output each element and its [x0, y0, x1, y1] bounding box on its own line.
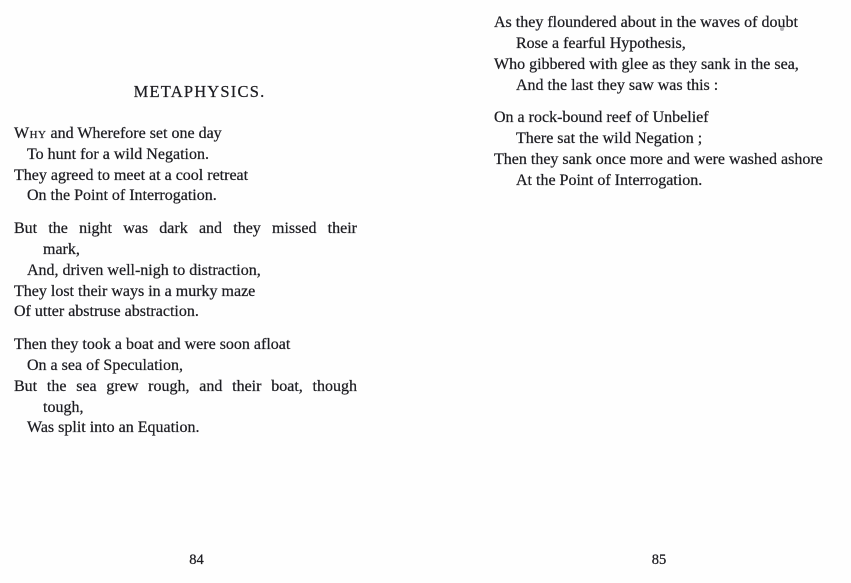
- page-number-left: 84: [25, 552, 368, 569]
- page-number-right: 85: [494, 552, 824, 569]
- small-caps-word: Why: [14, 125, 47, 142]
- poem-line: Rose a fearful Hypothesis,: [494, 33, 824, 54]
- poem-line: mark,: [14, 240, 357, 261]
- poem-line: There sat the wild Negation ;: [494, 128, 824, 149]
- poem-line: Who gibbered with glee as they sank in t…: [494, 54, 824, 75]
- poem-line: On a sea of Speculation,: [14, 356, 357, 377]
- stanza: On a rock-bound reef of UnbeliefThere sa…: [494, 107, 824, 191]
- poem-line: And, driven well-nigh to distraction,: [14, 261, 357, 282]
- poem-line: Then they sank once more and were washed…: [494, 149, 824, 170]
- poem-line: On the Point of Interrogation.: [14, 186, 357, 207]
- page-right: As they floundered about in the waves of…: [494, 0, 824, 583]
- page-left: METAPHYSICS. Why and Wherefore set one d…: [14, 0, 357, 583]
- stanza: Why and Wherefore set one dayTo hunt for…: [14, 124, 357, 207]
- poem-line: They lost their ways in a murky maze: [14, 282, 357, 303]
- poem-text-left: Why and Wherefore set one dayTo hunt for…: [14, 124, 357, 439]
- poem-line: At the Point of Interrogation.: [494, 170, 824, 191]
- poem-line: And the last they saw was this :: [494, 75, 824, 96]
- poem-line: Why and Wherefore set one day: [14, 124, 357, 145]
- poem-line: Then they took a boat and were soon aflo…: [14, 335, 357, 356]
- poem-title: METAPHYSICS.: [28, 82, 371, 102]
- poem-line: On a rock-bound reef of Unbelief: [494, 107, 824, 128]
- poem-text-right: As they floundered about in the waves of…: [494, 12, 824, 191]
- poem-line: tough,: [14, 398, 357, 419]
- poem-line: But the night was dark and they missed t…: [14, 219, 357, 240]
- ink-speck: [780, 27, 784, 31]
- poem-line: But the sea grew rough, and their boat, …: [14, 377, 357, 398]
- stanza: Then they took a boat and were soon aflo…: [14, 335, 357, 439]
- stanza: But the night was dark and they missed t…: [14, 219, 357, 323]
- book-scan: METAPHYSICS. Why and Wherefore set one d…: [0, 0, 851, 583]
- poem-line: Was split into an Equation.: [14, 418, 357, 439]
- poem-line: Of utter abstruse abstraction.: [14, 302, 357, 323]
- poem-line: As they floundered about in the waves of…: [494, 12, 824, 33]
- poem-line: They agreed to meet at a cool retreat: [14, 166, 357, 187]
- poem-line: To hunt for a wild Negation.: [14, 145, 357, 166]
- stanza: As they floundered about in the waves of…: [494, 12, 824, 96]
